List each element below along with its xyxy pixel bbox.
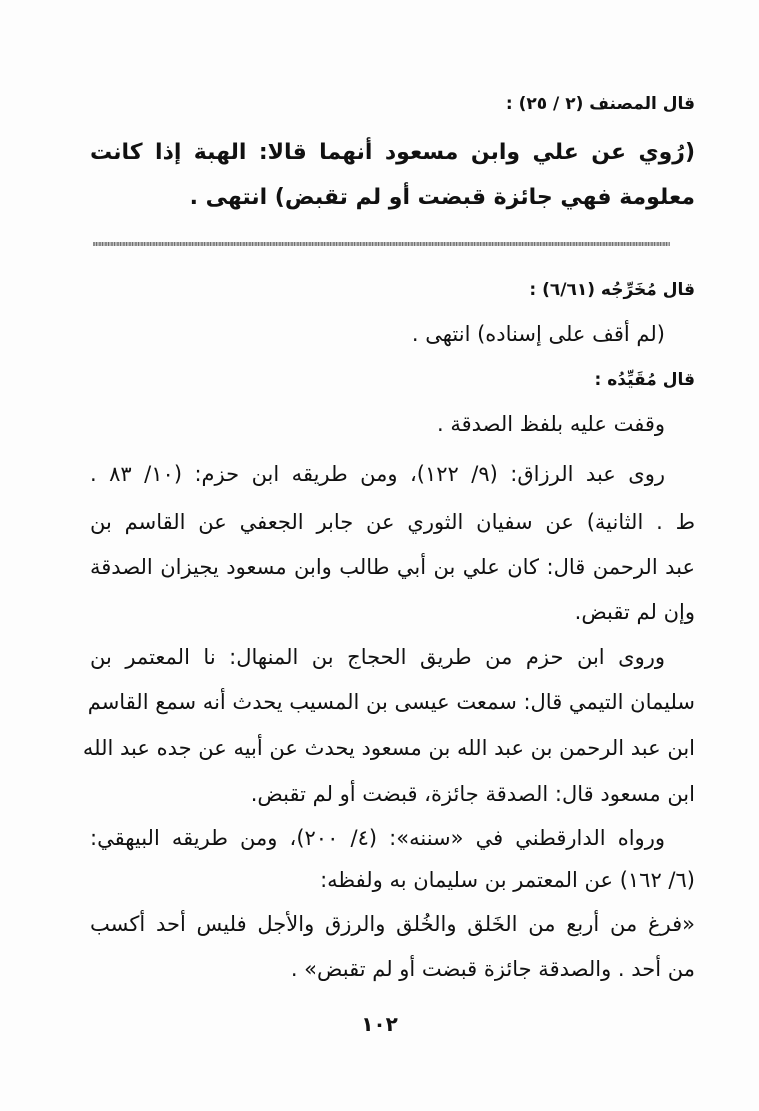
author-quote-heading: قال المصنف (٢ / ٢٥) :	[506, 94, 695, 114]
paragraph-line: سليمان التيمي قال: سمعت عيسى بن المسيب ي…	[90, 690, 695, 714]
author-quote-line-2: معلومة فهي جائزة قبضت أو لم تقبض) انتهى …	[190, 185, 695, 210]
page-number: ١٠٢	[0, 1012, 759, 1036]
hadith-quote-line: من أحد . والصدقة جائزة قبضت أو لم تقبض» …	[291, 957, 695, 981]
hadith-quote-line: «فرغ من أربع من الخَلق والخُلق والرزق وا…	[90, 912, 695, 936]
paragraph-line: (٦/ ١٦٢) عن المعتمر بن سليمان به ولفظه:	[320, 868, 695, 892]
paragraph-line: ط . الثانية) عن سفيان الثوري عن جابر الج…	[90, 510, 695, 534]
mukharrij-text: (لم أقف على إسناده) انتهى .	[412, 322, 665, 346]
paragraph-line: روى عبد الرزاق: (٩/ ١٢٢)، ومن طريقه ابن …	[90, 462, 665, 486]
paragraph-line: وإن لم تقبض.	[575, 600, 695, 624]
paragraph-line: ابن مسعود قال: الصدقة جائزة، قبضت أو لم …	[251, 782, 695, 806]
mukharrij-heading: قال مُخَرِّجُه (٦/٦١) :	[529, 280, 695, 300]
paragraph-line: ابن عبد الرحمن بن عبد الله بن مسعود يحدث…	[90, 736, 695, 760]
book-page: قال المصنف (٢ / ٢٥) : (رُوي عن علي وابن …	[0, 0, 759, 1111]
section-divider	[93, 242, 670, 246]
paragraph-line: ورواه الدارقطني في «سننه»: (٤/ ٢٠٠)، ومن…	[90, 826, 665, 850]
author-quote-line-1: (رُوي عن علي وابن مسعود أنهما قالا: الهب…	[90, 140, 695, 165]
paragraph-line: وروى ابن حزم من طريق الحجاج بن المنهال: …	[90, 645, 665, 669]
paragraph-line: عبد الرحمن قال: كان علي بن أبي طالب وابن…	[90, 555, 695, 579]
muqayyid-heading: قال مُقَيِّدُه :	[595, 370, 695, 390]
paragraph-line: وقفت عليه بلفظ الصدقة .	[437, 412, 665, 436]
